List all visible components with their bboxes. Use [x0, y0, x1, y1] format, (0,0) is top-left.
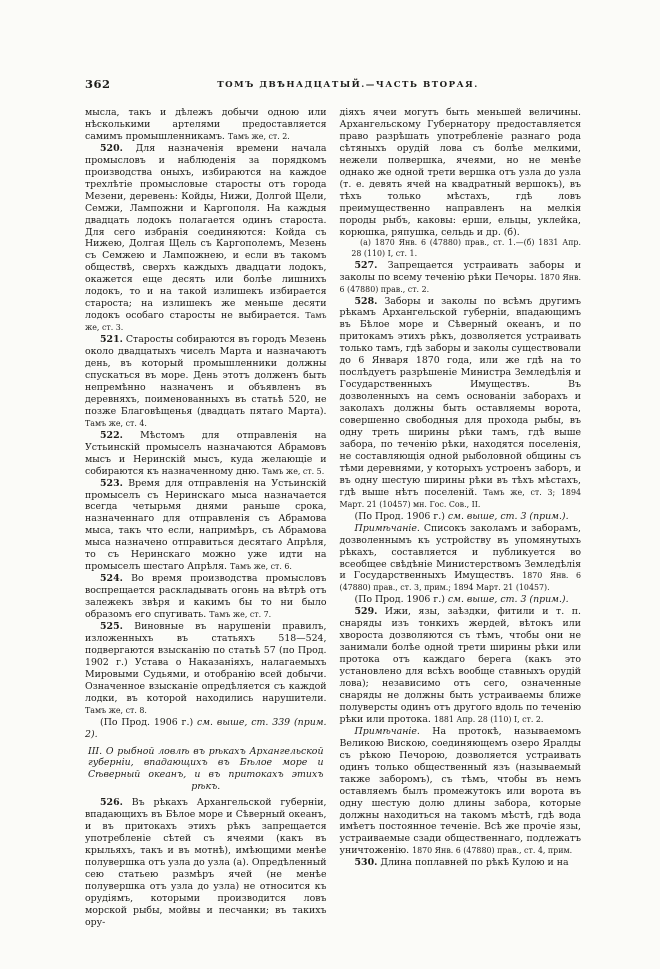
- text-segment: 521.: [100, 334, 123, 345]
- text-segment: Время для отправленія на Устьинскій пром…: [85, 478, 327, 573]
- running-title: ТОМЪ ДВѢНАДЦАТЫЙ.—ЧАСТЬ ВТОРАЯ.: [85, 80, 581, 90]
- article-520: 520. Для назначенія времени начала промы…: [85, 143, 327, 334]
- article-527: 527. Запрещается устраивать заборы и зак…: [340, 260, 582, 296]
- text-segment: см. выше, ст. 3 (прим.).: [448, 511, 569, 522]
- text-segment: Виновные въ нарушеніи правилъ, изложенны…: [85, 621, 327, 704]
- section-heading-iii: III. О рыбной ловлѣ въ рѣкахъ Архангельс…: [88, 746, 324, 794]
- continued-paragraph: діяхъ ячеи могутъ быть меньшей величины.…: [340, 107, 582, 238]
- page-header: 362 ТОМЪ ДВѢНАДЦАТЫЙ.—ЧАСТЬ ВТОРАЯ.: [85, 80, 581, 95]
- citation-block: (а) 1870 Янв. 6 (47880) прав., ст. 1.—(б…: [340, 238, 582, 259]
- text-segment: 528.: [355, 296, 378, 307]
- text-segment: Тамъ же, ст. 5.: [262, 467, 324, 476]
- text-segment: III. О рыбной ловлѣ въ рѣкахъ Архангельс…: [88, 746, 324, 793]
- article-524: 524. Во время производства промысловъ во…: [85, 573, 327, 621]
- text-segment: см. выше, ст. 3 (прим.).: [448, 594, 569, 605]
- article-522: 522. Мѣстомъ для отправленія на Устьинск…: [85, 430, 327, 478]
- continued-paragraph: мысла, такъ и дѣлежъ добычи одною или нѣ…: [85, 107, 327, 143]
- article-523: 523. Время для отправленія на Устьинскій…: [85, 478, 327, 574]
- text-segment: 529.: [355, 606, 378, 617]
- text-segment: 522.: [100, 430, 123, 441]
- text-segment: (По Прод. 1906 г.): [355, 511, 448, 522]
- article-521: 521. Старосты собираются въ городъ Мезен…: [85, 334, 327, 430]
- text-segment: 525.: [100, 621, 123, 632]
- text-columns: мысла, такъ и дѣлежъ добычи одною или нѣ…: [85, 107, 581, 929]
- text-segment: (По Прод. 1906 г.): [355, 594, 448, 605]
- text-segment: Тамъ же, ст. 4.: [85, 419, 147, 428]
- text-segment: На протокѣ, называемомъ Великою Вискою, …: [340, 726, 582, 857]
- text-segment: Старосты собираются въ городъ Мезень око…: [85, 334, 327, 417]
- text-segment: Заборы и заколы по всѣмъ другимъ рѣкамъ …: [340, 296, 582, 498]
- note-paragraph: Примѣчаніе. На протокѣ, называемомъ Вели…: [340, 726, 582, 857]
- article-525: 525. Виновные въ нарушеніи правилъ, изло…: [85, 621, 327, 717]
- document-page: 362 ТОМЪ ДВѢНАДЦАТЫЙ.—ЧАСТЬ ВТОРАЯ. мысл…: [0, 0, 660, 969]
- text-segment: Тамъ же, ст. 6.: [230, 562, 292, 571]
- continuation-ref: (По Прод. 1906 г.) см. выше, ст. 339 (пр…: [85, 717, 327, 741]
- article-530: 530. Длина поплавней по рѣкѣ Кулою и на: [340, 857, 582, 869]
- text-segment: Тамъ же, ст. 7.: [209, 610, 271, 619]
- text-segment: Для назначенія времени начала промысловъ…: [85, 143, 327, 321]
- text-segment: Тамъ же, ст. 8.: [85, 706, 147, 715]
- text-segment: 524.: [100, 573, 123, 584]
- page-number: 362: [85, 77, 111, 91]
- article-526: 526. Въ рѣкахъ Архангельской губерніи, в…: [85, 797, 327, 928]
- article-529: 529. Ижи, язы, заѣздки, фитили и т. п. с…: [340, 606, 582, 726]
- text-segment: 1870 Янв. 6 (47880) прав., ст. 4, прим.: [412, 846, 572, 855]
- text-segment: Длина поплавней по рѣкѣ Кулою и на: [377, 857, 568, 868]
- text-segment: (По Прод. 1906 г.): [100, 717, 197, 728]
- text-segment: Примѣчаніе.: [355, 726, 420, 737]
- right-column: діяхъ ячеи могутъ быть меньшей величины.…: [340, 107, 582, 929]
- text-segment: 527.: [355, 260, 378, 271]
- text-segment: 1881 Апр. 28 (110) I, ст. 2.: [434, 715, 544, 724]
- text-segment: Тамъ же, ст. 2.: [228, 132, 290, 141]
- text-segment: Примѣчаніе.: [355, 523, 420, 534]
- continuation-ref: (По Прод. 1906 г.) см. выше, ст. 3 (прим…: [340, 594, 582, 606]
- text-segment: 523.: [100, 478, 123, 489]
- article-528: 528. Заборы и заколы по всѣмъ другимъ рѣ…: [340, 296, 582, 511]
- note-paragraph: Примѣчаніе. Списокъ заколамъ и заборамъ,…: [340, 523, 582, 595]
- continuation-ref: (По Прод. 1906 г.) см. выше, ст. 3 (прим…: [340, 511, 582, 523]
- text-segment: 520.: [100, 143, 123, 154]
- text-segment: діяхъ ячеи могутъ быть меньшей величины.…: [340, 107, 582, 238]
- text-segment: (а) 1870 Янв. 6 (47880) прав., ст. 1.—(б…: [351, 238, 581, 258]
- text-segment: 526.: [100, 797, 123, 808]
- text-segment: Ижи, язы, заѣздки, фитили и т. п. снаряд…: [340, 606, 582, 725]
- text-segment: мысла, такъ и дѣлежъ добычи одною или нѣ…: [85, 107, 327, 142]
- text-segment: Въ рѣкахъ Архангельской губерніи, впадаю…: [85, 797, 327, 928]
- text-segment: 530.: [355, 857, 378, 868]
- left-column: мысла, такъ и дѣлежъ добычи одною или нѣ…: [85, 107, 327, 929]
